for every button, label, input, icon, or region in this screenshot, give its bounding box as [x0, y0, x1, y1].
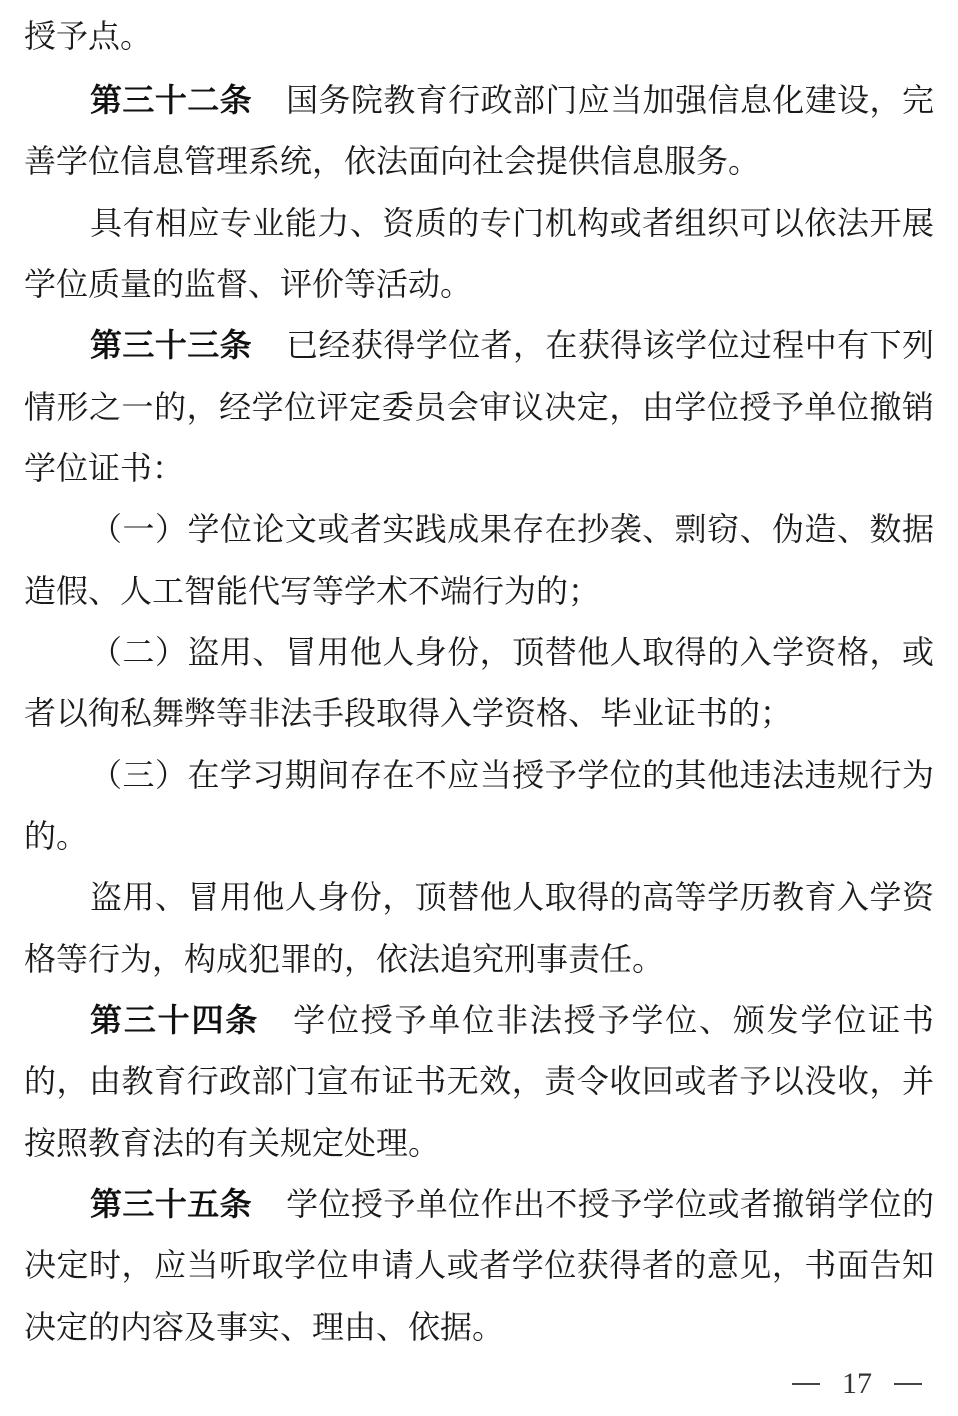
line-text: 情形之一的，经学位评定委员会审议决定，由学位授予单位撤销 — [24, 388, 934, 426]
text-line: 授予点。 — [24, 16, 152, 56]
article-number: 第三十三条 — [90, 326, 252, 364]
line-text: 格等行为，构成犯罪的，依法追究刑事责任。 — [24, 940, 664, 978]
text-line: 学位质量的监督、评价等活动。 — [24, 264, 472, 304]
line-text: 按照教育法的有关规定处理。 — [24, 1124, 440, 1162]
page-number-value: 17 — [842, 1364, 872, 1404]
article-heading-line: 第三十二条国务院教育行政部门应当加强信息化建设，完 — [90, 80, 934, 120]
text-line: 决定时，应当听取学位申请人或者学位获得者的意见，书面告知 — [24, 1245, 934, 1285]
text-line: （一）学位论文或者实践成果存在抄袭、剽窃、伪造、数据 — [90, 509, 934, 549]
line-text: 者以徇私舞弊等非法手段取得入学资格、毕业证书的； — [24, 694, 792, 732]
text-line: 按照教育法的有关规定处理。 — [24, 1123, 440, 1163]
text-line: 的，由教育行政部门宣布证书无效，责令收回或者予以没收，并 — [24, 1061, 934, 1101]
text-line: 决定的内容及事实、理由、依据。 — [24, 1307, 504, 1347]
line-text: 具有相应专业能力、资质的专门机构或者组织可以依法开展 — [90, 204, 934, 242]
page-number-dash-right — [894, 1383, 922, 1385]
line-text: 学位证书： — [24, 449, 184, 487]
line-text: 学位授予单位非法授予学位、颁发学位证书 — [293, 1001, 934, 1039]
text-line: 者以徇私舞弊等非法手段取得入学资格、毕业证书的； — [24, 693, 792, 733]
text-line: 盗用、冒用他人身份，顶替他人取得的高等学历教育入学资 — [90, 877, 934, 917]
line-text: 决定的内容及事实、理由、依据。 — [24, 1308, 504, 1346]
text-line: 造假、人工智能代写等学术不端行为的； — [24, 571, 600, 611]
line-text: 盗用、冒用他人身份，顶替他人取得的高等学历教育入学资 — [90, 878, 934, 916]
line-text: 授予点。 — [24, 17, 152, 55]
text-line: （二）盗用、冒用他人身份，顶替他人取得的入学资格，或 — [90, 632, 934, 672]
line-text: 已经获得学位者，在获得该学位过程中有下列 — [286, 326, 934, 364]
line-text: 学位质量的监督、评价等活动。 — [24, 265, 472, 303]
line-text: 学位授予单位作出不授予学位或者撤销学位的 — [286, 1185, 934, 1223]
article-number: 第三十二条 — [90, 81, 252, 119]
line-text: （二）盗用、冒用他人身份，顶替他人取得的入学资格，或 — [90, 633, 934, 671]
text-line: 学位证书： — [24, 448, 184, 488]
article-heading-line: 第三十四条学位授予单位非法授予学位、颁发学位证书 — [90, 1000, 934, 1040]
line-text: 国务院教育行政部门应当加强信息化建设，完 — [286, 81, 934, 119]
line-text: 的。 — [24, 817, 88, 855]
line-text: （三）在学习期间存在不应当授予学位的其他违法违规行为 — [90, 756, 934, 794]
text-line: 的。 — [24, 816, 88, 856]
line-text: 善学位信息管理系统，依法面向社会提供信息服务。 — [24, 142, 760, 180]
line-text: 造假、人工智能代写等学术不端行为的； — [24, 572, 600, 610]
article-number: 第三十五条 — [90, 1185, 252, 1223]
page-number: 17 — [792, 1364, 922, 1404]
text-line: （三）在学习期间存在不应当授予学位的其他违法违规行为 — [90, 755, 934, 795]
article-heading-line: 第三十三条已经获得学位者，在获得该学位过程中有下列 — [90, 325, 934, 365]
text-line: 格等行为，构成犯罪的，依法追究刑事责任。 — [24, 939, 664, 979]
article-heading-line: 第三十五条学位授予单位作出不授予学位或者撤销学位的 — [90, 1184, 934, 1224]
page-number-dash-left — [792, 1383, 820, 1385]
line-text: 的，由教育行政部门宣布证书无效，责令收回或者予以没收，并 — [24, 1062, 934, 1100]
text-line: 具有相应专业能力、资质的专门机构或者组织可以依法开展 — [90, 203, 934, 243]
text-line: 情形之一的，经学位评定委员会审议决定，由学位授予单位撤销 — [24, 387, 934, 427]
line-text: 决定时，应当听取学位申请人或者学位获得者的意见，书面告知 — [24, 1246, 934, 1284]
text-line: 善学位信息管理系统，依法面向社会提供信息服务。 — [24, 141, 760, 181]
article-number: 第三十四条 — [90, 1001, 259, 1039]
line-text: （一）学位论文或者实践成果存在抄袭、剽窃、伪造、数据 — [90, 510, 934, 548]
